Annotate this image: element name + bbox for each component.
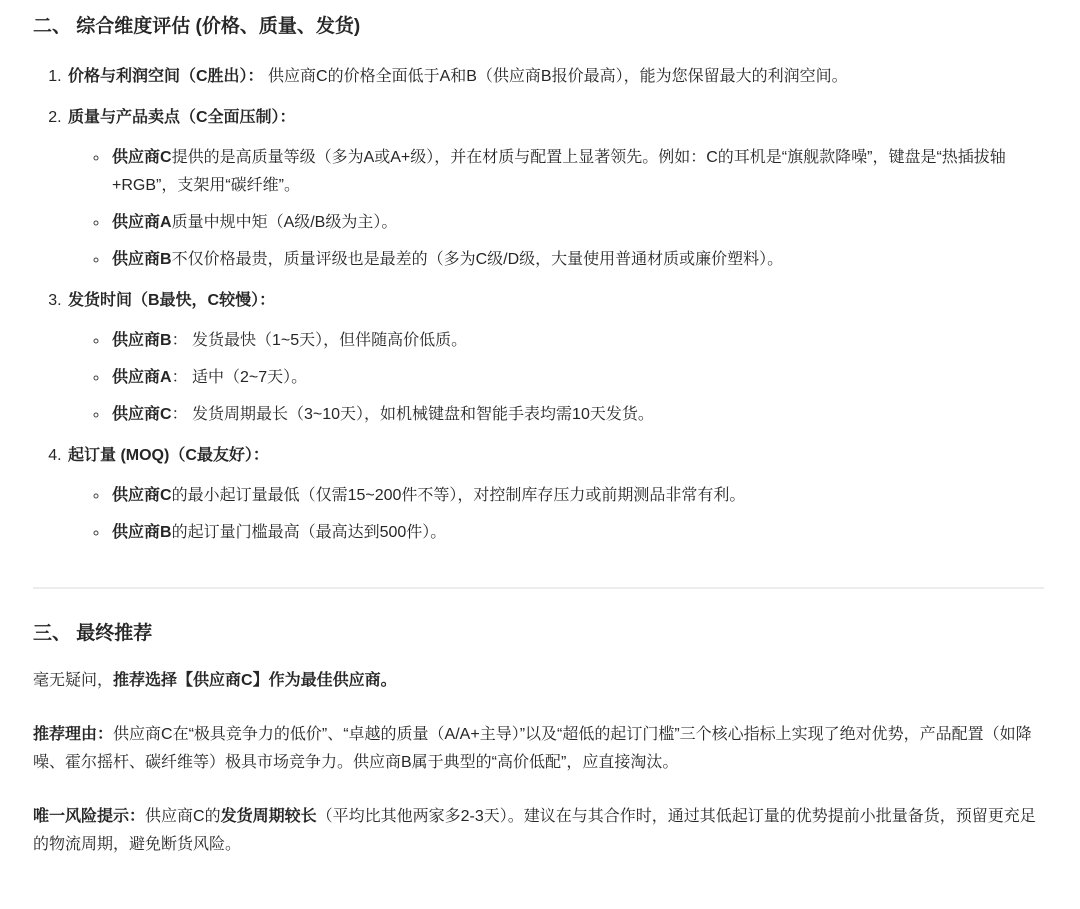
paragraph-reason: 推荐理由：供应商C在“极具竞争力的低价”、“卓越的质量（A/A+主导）”以及“超… bbox=[33, 721, 1044, 777]
list-item-text: 起订量 (MOQ)（C最友好）： bbox=[68, 442, 1044, 470]
sub-item-supplier-c: 供应商C提供的是高质量等级（多为A或A+级），并在材质与配置上显著领先。例如：C… bbox=[109, 144, 1044, 200]
list-item-text: 质量与产品卖点（C全面压制）： bbox=[68, 104, 1044, 132]
sub-item-text: 供应商B： 发货最快（1~5天），但伴随高价低质。 bbox=[112, 327, 1044, 355]
section-2-heading: 二、 综合维度评估 (价格、质量、发货) bbox=[33, 14, 1044, 41]
list-item-shipping: 发货时间（B最快，C较慢）： 供应商B： 发货最快（1~5天），但伴随高价低质。… bbox=[66, 287, 1044, 429]
sub-item-supplier-a: 供应商A质量中规中矩（A级/B级为主）。 bbox=[109, 209, 1044, 237]
sub-item-text: 供应商C： 发货周期最长（3~10天），如机械键盘和智能手表均需10天发货。 bbox=[112, 401, 1044, 429]
sub-item-text: 供应商C的最小起订量最低（仅需15~200件不等），对控制库存压力或前期测品非常… bbox=[112, 482, 1044, 510]
list-item-text: 发货时间（B最快，C较慢）： bbox=[68, 287, 1044, 315]
paragraph-conclusion: 毫无疑问，推荐选择【供应商C】作为最佳供应商。 bbox=[33, 667, 1044, 695]
sub-item-supplier-c: 供应商C的最小起订量最低（仅需15~200件不等），对控制库存压力或前期测品非常… bbox=[109, 482, 1044, 510]
sub-item-supplier-b: 供应商B： 发货最快（1~5天），但伴随高价低质。 bbox=[109, 327, 1044, 355]
list-item-moq: 起订量 (MOQ)（C最友好）： 供应商C的最小起订量最低（仅需15~200件不… bbox=[66, 442, 1044, 547]
section-3-heading: 三、 最终推荐 bbox=[33, 621, 1044, 648]
shipping-sub-list: 供应商B： 发货最快（1~5天），但伴随高价低质。 供应商A： 适中（2~7天）… bbox=[68, 327, 1044, 429]
section-divider bbox=[33, 587, 1044, 589]
list-item-quality: 质量与产品卖点（C全面压制）： 供应商C提供的是高质量等级（多为A或A+级），并… bbox=[66, 104, 1044, 274]
quality-sub-list: 供应商C提供的是高质量等级（多为A或A+级），并在材质与配置上显著领先。例如：C… bbox=[68, 144, 1044, 274]
evaluation-list: 价格与利润空间（C胜出）： 供应商C的价格全面低于A和B（供应商B报价最高），能… bbox=[33, 63, 1044, 547]
sub-item-text: 供应商B不仅价格最贵，质量评级也是最差的（多为C级/D级，大量使用普通材质或廉价… bbox=[112, 246, 1044, 274]
sub-item-text: 供应商C提供的是高质量等级（多为A或A+级），并在材质与配置上显著领先。例如：C… bbox=[112, 144, 1044, 200]
sub-item-text: 供应商B的起订量门槛最高（最高达到500件）。 bbox=[112, 519, 1044, 547]
sub-item-supplier-c: 供应商C： 发货周期最长（3~10天），如机械键盘和智能手表均需10天发货。 bbox=[109, 401, 1044, 429]
sub-item-supplier-a: 供应商A： 适中（2~7天）。 bbox=[109, 364, 1044, 392]
paragraph-risk: 唯一风险提示：供应商C的发货周期较长（平均比其他两家多2-3天）。建议在与其合作… bbox=[33, 803, 1044, 859]
sub-item-supplier-b: 供应商B的起订量门槛最高（最高达到500件）。 bbox=[109, 519, 1044, 547]
sub-item-text: 供应商A： 适中（2~7天）。 bbox=[112, 364, 1044, 392]
list-item-text: 价格与利润空间（C胜出）： 供应商C的价格全面低于A和B（供应商B报价最高），能… bbox=[68, 63, 1044, 91]
list-item-price-profit: 价格与利润空间（C胜出）： 供应商C的价格全面低于A和B（供应商B报价最高），能… bbox=[66, 63, 1044, 91]
document-body: 二、 综合维度评估 (价格、质量、发货) 价格与利润空间（C胜出）： 供应商C的… bbox=[0, 0, 1080, 909]
moq-sub-list: 供应商C的最小起订量最低（仅需15~200件不等），对控制库存压力或前期测品非常… bbox=[68, 482, 1044, 547]
sub-item-text: 供应商A质量中规中矩（A级/B级为主）。 bbox=[112, 209, 1044, 237]
sub-item-supplier-b: 供应商B不仅价格最贵，质量评级也是最差的（多为C级/D级，大量使用普通材质或廉价… bbox=[109, 246, 1044, 274]
